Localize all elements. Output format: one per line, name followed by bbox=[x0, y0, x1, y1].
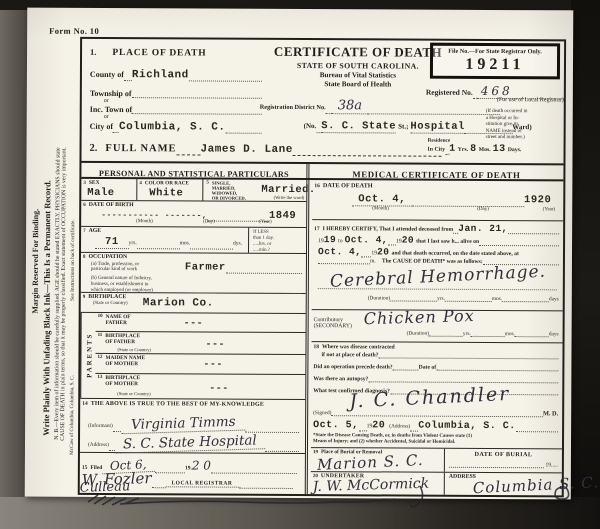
date-of-birth-row: 6 DATE OF BIRTH ----------- -------, 184… bbox=[81, 201, 306, 228]
item-13-number: 13 bbox=[97, 375, 102, 380]
district-leader2 bbox=[368, 112, 500, 115]
birthplace-label: BIRTHPLACE bbox=[88, 294, 126, 300]
full-name-line: 2. FULL NAME James D. Lane bbox=[82, 139, 442, 157]
local-registrar-label: LOCAL REGISTRAR bbox=[165, 480, 238, 487]
father-name-label: NAME OF FATHER bbox=[106, 314, 131, 326]
informant-line: (Informant) Virginia Timms bbox=[88, 415, 299, 433]
certify-line3-tail: and that death occurred, on the date sta… bbox=[392, 250, 519, 257]
occupation-a-label: (a) Trade, profession, or particular kin… bbox=[91, 261, 177, 273]
file-number-box: File No.—For State Registrar Only. 19211 bbox=[430, 43, 560, 80]
mother-name-heading: 12 MAIDEN NAME OF MOTHER bbox=[97, 355, 145, 367]
occupation-a-value: Farmer bbox=[185, 261, 226, 273]
age-label: AGE bbox=[89, 228, 102, 234]
backdrop-bottom-band bbox=[0, 497, 600, 529]
registered-number-label: Registered No. bbox=[426, 88, 473, 97]
date-of-label: Date of bbox=[419, 365, 437, 371]
duration-mos: mos. bbox=[492, 296, 502, 302]
place-of-death-heading: 1. PLACE OF DEATH bbox=[90, 47, 266, 59]
sex-value: Male bbox=[87, 187, 114, 199]
registration-district-label: Registration District No. bbox=[260, 104, 326, 111]
marital-sub-label: (Write the word) bbox=[274, 195, 305, 200]
age-less-than-day-cell: If LESS than 1 day. .....hrs. or .....mi… bbox=[248, 228, 306, 253]
city-label: City of bbox=[90, 122, 113, 131]
dod-heading: 16 DATE OF DEATH bbox=[314, 182, 372, 189]
mother-birthplace-sub: (State or Country) bbox=[117, 391, 150, 396]
certify-line1: 17 I HEREBY CERTIFY, That I attended dec… bbox=[314, 222, 559, 234]
inc-town-line: Inc. Town of bbox=[90, 105, 262, 115]
age-leader1 bbox=[137, 247, 180, 249]
contributory-duration-line: (Duration) yrs. mos. days bbox=[407, 331, 559, 338]
place-of-death-title: PLACE OF DEATH bbox=[112, 48, 206, 58]
race-cell: 4 COLOR OR RACE White bbox=[137, 179, 203, 200]
item-10-number: 10 bbox=[98, 314, 103, 319]
undertaker-cell: 20 UNDERTAKER J. W. McCormick bbox=[311, 472, 445, 495]
birthplace-heading: 9 BIRTHPLACE bbox=[83, 294, 127, 300]
burial-place-cell: 19 Place of Burial or Removal Marion S. … bbox=[311, 448, 445, 472]
dob-label: DATE OF BIRTH bbox=[89, 202, 134, 208]
township-line: Township of bbox=[90, 89, 262, 99]
margin-note-nb: N. B.—Every item of information should b… bbox=[54, 93, 68, 495]
birthplace-row: 9 BIRTHPLACE (State or Country) Marion C… bbox=[81, 293, 306, 314]
certify-line2-tail: that I last saw h... alive on bbox=[416, 239, 479, 245]
physician-address-label: (Address) bbox=[389, 423, 410, 429]
county-line: County of Richland bbox=[90, 69, 262, 82]
contributory-duration-label: (Duration) bbox=[407, 331, 429, 337]
cause-of-death-value: Cerebral Hemorrhage. bbox=[330, 262, 547, 292]
signed-leader bbox=[331, 414, 543, 417]
item-16-number: 16 bbox=[314, 183, 320, 189]
burial-19: 19..... bbox=[546, 462, 558, 468]
father-birthplace-label: BIRTHPLACE OF FATHER bbox=[105, 333, 140, 345]
item-9-number: 9 bbox=[83, 295, 86, 300]
autopsy-label: Was there an autopsy? bbox=[313, 376, 368, 382]
dob-heading: 6 DATE OF BIRTH bbox=[83, 202, 133, 208]
operation-line: Did an operation precede death? Date of bbox=[313, 364, 558, 371]
informant-row: 14 THE ABOVE IS TRUE TO THE BEST OF MY-K… bbox=[80, 399, 305, 454]
or-label-2: or bbox=[104, 114, 109, 120]
certify-leader4 bbox=[318, 263, 370, 264]
contributory-duration-mos: mos. bbox=[505, 331, 515, 337]
certify-leader2 bbox=[388, 244, 396, 245]
dod-leader bbox=[412, 205, 524, 208]
mother-name-label: MAIDEN NAME OF MOTHER bbox=[105, 355, 145, 367]
age-heading: 7 AGE bbox=[83, 228, 101, 234]
certify-row: 17 I HEREBY CERTIFY, That I attended dec… bbox=[312, 220, 563, 311]
parents-rows: 10 NAME OF FATHER --- 11 BIRTHPLACE OF F… bbox=[95, 313, 305, 399]
race-heading: 4 COLOR OR RACE bbox=[139, 180, 189, 186]
dod-label: DATE OF DEATH bbox=[323, 182, 373, 189]
certify-leader2b bbox=[479, 244, 559, 246]
occupation-b-label: (b) General nature of Industry, business… bbox=[91, 276, 183, 294]
margin-note-binding: Margin Reserved For Binding. bbox=[30, 126, 40, 398]
duration-days: days bbox=[549, 296, 559, 302]
father-birthplace-value: --- bbox=[205, 340, 225, 351]
place-of-death-block: 1. PLACE OF DEATH County of Richland Tow… bbox=[90, 47, 266, 140]
item-17-number: 17 bbox=[314, 226, 320, 232]
form-number: Form No. 10 bbox=[49, 26, 99, 36]
marital-cell: 5 SINGLE, MARRIED, WIDOWED, OR DIVORCED.… bbox=[203, 179, 306, 201]
marital-heading: 5 SINGLE, MARRIED, WIDOWED, OR DIVORCED. bbox=[206, 181, 246, 202]
city-value: Columbia, S. C. bbox=[119, 121, 226, 134]
physician-address-leader2 bbox=[516, 430, 558, 432]
item-1-number: 1. bbox=[90, 47, 96, 57]
mother-birthplace-label: BIRTHPLACE OF MOTHER bbox=[105, 375, 140, 387]
informant-leader1 bbox=[113, 431, 121, 432]
file-number-value: 19211 bbox=[433, 56, 557, 75]
contributory-duration-leader3 bbox=[515, 335, 549, 337]
certify-text1: I HEREBY CERTIFY, That I attended deceas… bbox=[323, 226, 454, 233]
dod-year-sublabel: (Year) bbox=[543, 207, 556, 212]
cause-footnote: *State the Disease Causing Death, or, in… bbox=[313, 433, 560, 447]
parents-label: PARENTS bbox=[86, 333, 93, 378]
item-6-number: 6 bbox=[83, 203, 86, 208]
mother-birthplace-value: --- bbox=[209, 384, 229, 395]
signed-label: (Signed) bbox=[313, 410, 331, 416]
undertaker-value: J. W. McCormick bbox=[313, 476, 430, 495]
informant-label: (Informant) bbox=[88, 423, 113, 429]
county-leader bbox=[124, 79, 132, 81]
inc-town-leader bbox=[132, 112, 262, 115]
personal-section-title: PERSONAL AND STATISTICAL PARTICULARS bbox=[99, 169, 289, 179]
address-leader2 bbox=[265, 450, 299, 452]
occupation-a-line: (a) Trade, profession, or particular kin… bbox=[91, 261, 302, 274]
occupation-a-leader bbox=[226, 272, 302, 274]
informant-heading: 14 THE ABOVE IS TRUE TO THE BEST OF MY-K… bbox=[82, 401, 264, 408]
margin-note-printer: McCaw of Columbia, Columbia, S. C. bbox=[69, 356, 76, 474]
full-name-dash2 bbox=[293, 154, 442, 157]
burial-date-leader bbox=[449, 466, 544, 468]
item-3-number: 3 bbox=[83, 181, 86, 186]
parents-block: PARENTS 10 NAME OF FATHER --- 11 BIRTHPL… bbox=[80, 313, 305, 400]
certify-last-date: Oct. 4, bbox=[318, 246, 361, 257]
informant-value: Virginia Timms bbox=[121, 414, 246, 435]
item-19-number: 19 bbox=[313, 450, 318, 455]
where-contracted-line1: 18 Where was disease contracted bbox=[313, 344, 394, 350]
certify-leader1b bbox=[508, 232, 559, 234]
mother-name-row: 12 MAIDEN NAME OF MOTHER --- bbox=[95, 354, 305, 375]
operation-leader2 bbox=[436, 369, 558, 372]
item-11-number: 11 bbox=[98, 333, 103, 338]
age-less-note: If LESS than 1 day. .....hrs. or .....mi… bbox=[249, 228, 306, 254]
certificate-page: Form No. 10 Margin Reserved For Binding.… bbox=[25, 8, 574, 500]
extra-signature: Culleau bbox=[80, 479, 131, 495]
dob-month-sublabel: (Month) bbox=[136, 219, 153, 224]
st-label: St.; bbox=[398, 123, 408, 131]
physician-address-value: Columbia, S. C. bbox=[418, 421, 516, 433]
dob-year-sublabel: (Year) bbox=[259, 220, 272, 225]
item-5-number: 5 bbox=[206, 181, 209, 186]
date-of-burial-label: DATE OF BURIAL bbox=[445, 451, 562, 459]
duration-leader3 bbox=[502, 300, 549, 302]
sex-race-marital-row: 3 SEX Male 4 COLOR OR RACE White 5 SINGL bbox=[81, 179, 306, 202]
father-birthplace-sub: (State or Country) bbox=[117, 347, 150, 352]
undertaker-row: 20 UNDERTAKER J. W. McCormick ADDRESS Co… bbox=[311, 472, 562, 495]
township-label: Township of bbox=[90, 89, 132, 98]
city-line: City of Columbia, S. C. bbox=[90, 121, 262, 134]
city-leader2 bbox=[225, 132, 261, 134]
undertaker-address-cell: ADDRESS Columbia S. C. bbox=[445, 473, 562, 496]
personal-section-title-cell: PERSONAL AND STATISTICAL PARTICULARS bbox=[81, 163, 309, 178]
birthplace-value: Marion Co. bbox=[143, 297, 214, 309]
where-leader bbox=[378, 356, 558, 359]
item-7-number: 7 bbox=[83, 229, 86, 234]
margin-note-permanent-record: Write Plainly With Unfading Black Ink—Th… bbox=[41, 133, 53, 483]
full-name-value: James D. Lane bbox=[201, 143, 293, 155]
sex-cell: 3 SEX Male bbox=[81, 179, 137, 200]
or-label-1: or bbox=[104, 98, 109, 104]
certify-line3: Oct. 4, 19 20 and that death occurred, o… bbox=[318, 246, 559, 258]
race-label: COLOR OR RACE bbox=[145, 180, 189, 186]
where-contracted-text2: if not at place of death? bbox=[321, 352, 378, 358]
age-value-line: 71 yrs. mos. dys. bbox=[95, 236, 242, 250]
physician-address-leader1 bbox=[410, 431, 418, 432]
registrar-leader bbox=[151, 487, 165, 488]
informant-address-line: (Address) S. C. State Hospital bbox=[88, 434, 299, 452]
contributory-labels: Contributory (SECONDARY) bbox=[314, 317, 352, 329]
parents-side-label-cell: PARENTS bbox=[80, 313, 95, 398]
occupation-row: 8 OCCUPATION (a) Trade, profession, or p… bbox=[81, 253, 306, 294]
question-18-row: 18 Where was disease contracted if not a… bbox=[311, 342, 563, 449]
contributory-duration-yrs: yrs. bbox=[463, 331, 471, 337]
dod-year-value: 1920 bbox=[524, 194, 551, 206]
hospital-value: Hospital bbox=[410, 121, 464, 134]
where-contracted-text1: Where was disease contracted bbox=[322, 344, 395, 350]
occupation-b-line: (b) General nature of Industry, business… bbox=[91, 276, 302, 294]
certify-to-date: Oct. 4, bbox=[345, 234, 388, 245]
burial-date-line: 19..... bbox=[449, 462, 558, 469]
physician-date-value: Oct. 5, bbox=[313, 420, 359, 431]
medical-section-title: MEDICAL CERTIFICATE OF DEATH bbox=[352, 169, 520, 180]
backdrop-right-band bbox=[571, 0, 600, 529]
item-2-number: 2. bbox=[90, 143, 98, 154]
item-18-number: 18 bbox=[313, 344, 319, 350]
full-name-row: 2. FULL NAME James D. Lane bbox=[81, 139, 563, 166]
dod-day-sublabel: (Day) bbox=[477, 207, 489, 212]
contributory-value: Chicken Pox bbox=[363, 306, 474, 328]
medical-section-title-cell: MEDICAL CERTIFICATE OF DEATH bbox=[309, 164, 563, 179]
dob-day-sublabel: (Day) bbox=[203, 219, 215, 224]
certify-from-date: Jan. 21, bbox=[458, 223, 508, 234]
marital-label: SINGLE, MARRIED, WIDOWED, OR DIVORCED. bbox=[212, 181, 246, 202]
burial-place-value: Marion S. C. bbox=[317, 451, 424, 474]
duration-leader1 bbox=[390, 299, 437, 301]
father-name-value: --- bbox=[184, 318, 204, 329]
occupation-label: OCCUPATION bbox=[88, 254, 127, 260]
inc-town-label: Inc. Town of bbox=[90, 105, 133, 114]
where-contracted-line2: if not at place of death? bbox=[321, 352, 558, 359]
county-label: County of bbox=[90, 70, 124, 79]
full-name-label: FULL NAME bbox=[105, 143, 176, 154]
duration-label: (Duration) bbox=[368, 295, 390, 301]
item-12-number: 12 bbox=[97, 355, 102, 360]
certify-leader3 bbox=[361, 256, 371, 257]
dob-year-value: 1849 bbox=[269, 210, 296, 222]
item-8-number: 8 bbox=[83, 255, 86, 260]
father-name-heading: 10 NAME OF FATHER bbox=[98, 314, 131, 326]
backdrop-left-strip bbox=[0, 0, 28, 529]
age-mos-label: mos. bbox=[180, 240, 191, 246]
contributory-row: Contributory (SECONDARY) Chicken Pox (Du… bbox=[312, 310, 563, 343]
age-leader2 bbox=[190, 247, 233, 249]
birthplace-sub-label: (State or Country) bbox=[93, 301, 128, 306]
township-leader bbox=[132, 96, 262, 99]
physician-date-line: Oct. 5, 19 20 (Address) Columbia, S. C. bbox=[313, 420, 558, 432]
race-value: White bbox=[149, 187, 183, 199]
age-value: 71 bbox=[95, 236, 129, 249]
registrar-leader2 bbox=[238, 487, 292, 489]
father-birthplace-row: 11 BIRTHPLACE OF FATHER (State or Countr… bbox=[95, 332, 305, 355]
occupation-heading: 8 OCCUPATION bbox=[83, 254, 127, 260]
certify-last-year: 20 bbox=[377, 246, 389, 257]
bureau-line: Bureau of Vital Statistics bbox=[260, 71, 456, 80]
informant-address-label: (Address) bbox=[88, 442, 109, 448]
dod-value: Oct. 4, bbox=[352, 193, 412, 206]
item-14-number: 14 bbox=[82, 401, 88, 407]
dod-value-line: Oct. 4, 1920 bbox=[352, 193, 551, 207]
father-birthplace-heading: 11 BIRTHPLACE OF FATHER bbox=[98, 333, 141, 345]
hospital-institution-note: (If death occurred in a Hospital or In- … bbox=[486, 108, 566, 141]
physician-signature: J. C. Chandler bbox=[349, 383, 511, 413]
certificate-title: CERTIFICATE OF DEATH bbox=[260, 44, 456, 61]
contributory-duration-leader2 bbox=[471, 335, 505, 337]
contributory-duration-days: days bbox=[549, 331, 559, 337]
street-value: S. C. State bbox=[321, 120, 396, 133]
mother-name-value: --- bbox=[203, 360, 223, 371]
autopsy-line: Was there an autopsy? bbox=[313, 376, 558, 383]
state-line: STATE OF SOUTH CAROLINA. bbox=[260, 61, 456, 71]
certify-duration-line: (Duration) yrs. mos. days bbox=[368, 295, 559, 302]
operation-label: Did an operation precede death? bbox=[313, 364, 392, 370]
margin-note-nb-line2: CAUSE OF DEATH in plain terms, so that i… bbox=[60, 93, 68, 495]
no-open-label: (No. bbox=[304, 122, 317, 130]
filed-row: 15 Filed Oct 6, 19. 2 0 W. Fozler LOCAL … bbox=[80, 453, 305, 494]
file-number-label: File No.—For State Registrar Only. bbox=[433, 48, 557, 56]
burial-date-cell: DATE OF BURIAL 19..... bbox=[445, 449, 562, 473]
sex-label: SEX bbox=[89, 180, 100, 186]
physician-year-value: 20 bbox=[372, 420, 385, 431]
contributory-duration-leader1 bbox=[429, 335, 463, 337]
certify-from-year: 19 bbox=[324, 234, 336, 245]
full-name-dash1 bbox=[177, 153, 201, 155]
md-label: M. D. bbox=[543, 410, 558, 417]
age-row: 7 AGE 71 yrs. mos. dys. If LESS than 1 d… bbox=[81, 227, 306, 254]
contributory-sub-label: (SECONDARY) bbox=[314, 323, 352, 329]
mother-birthplace-heading: 13 BIRTHPLACE OF MOTHER bbox=[97, 375, 140, 387]
item-4-number: 4 bbox=[139, 181, 142, 186]
dod-month-sublabel: (Month) bbox=[372, 206, 389, 211]
for-use-of-local-registrar: (For use of Local Registrar) bbox=[426, 97, 564, 104]
sex-heading: 3 SEX bbox=[83, 180, 99, 186]
age-dys-label: dys. bbox=[233, 241, 242, 247]
age-yrs-label: yrs. bbox=[129, 240, 137, 246]
informant-address-value: S. C. State Hospital bbox=[115, 432, 265, 453]
father-name-row: 10 NAME OF FATHER --- bbox=[96, 313, 306, 333]
dob-dashes: ----------- -------, bbox=[101, 211, 207, 221]
age-main-cell: 7 AGE 71 yrs. mos. dys. bbox=[81, 227, 248, 253]
certify-m-label: m. bbox=[370, 258, 376, 264]
duration-yrs: yrs. bbox=[437, 296, 445, 302]
address-leader1 bbox=[109, 450, 115, 451]
signed-line: (Signed) M. D. bbox=[313, 409, 558, 417]
date-of-death-row: 16 DATE OF DEATH Oct. 4, 1920 (Month) (D… bbox=[312, 180, 563, 221]
operation-leader1 bbox=[393, 369, 419, 370]
autopsy-leader bbox=[368, 380, 558, 383]
burial-row: 19 Place of Burial or Removal Marion S. … bbox=[311, 448, 562, 473]
registration-district-value: 38a bbox=[332, 98, 368, 114]
certificate-form: 1. PLACE OF DEATH County of Richland Tow… bbox=[78, 37, 566, 498]
personal-column: 3 SEX Male 4 COLOR OR RACE White 5 SINGL bbox=[80, 179, 310, 494]
county-leader2 bbox=[189, 79, 262, 81]
medical-column: 16 DATE OF DEATH Oct. 4, 1920 (Month) (D… bbox=[311, 180, 564, 495]
duration-leader2 bbox=[445, 300, 492, 302]
certificate-title-block: CERTIFICATE OF DEATH STATE OF SOUTH CARO… bbox=[260, 44, 456, 89]
certify-line2: 19 19 to Oct. 4, 19 20 that I last saw h… bbox=[318, 234, 559, 246]
informant-statement: THE ABOVE IS TRUE TO THE BEST OF MY-KNOW… bbox=[91, 401, 264, 408]
county-value: Richland bbox=[132, 69, 189, 81]
certify-to-year: 20 bbox=[402, 235, 414, 246]
certify-line4-tail: The CAUSE OF DEATH* was as follows: bbox=[382, 258, 483, 265]
mother-birthplace-row: 13 BIRTHPLACE OF MOTHER (State or Countr… bbox=[95, 374, 305, 400]
margin-note-see-instructions: See Instructions on back of certificate. bbox=[70, 176, 77, 344]
certify-to-word: to bbox=[338, 238, 342, 244]
physician-date-leader bbox=[359, 430, 367, 431]
